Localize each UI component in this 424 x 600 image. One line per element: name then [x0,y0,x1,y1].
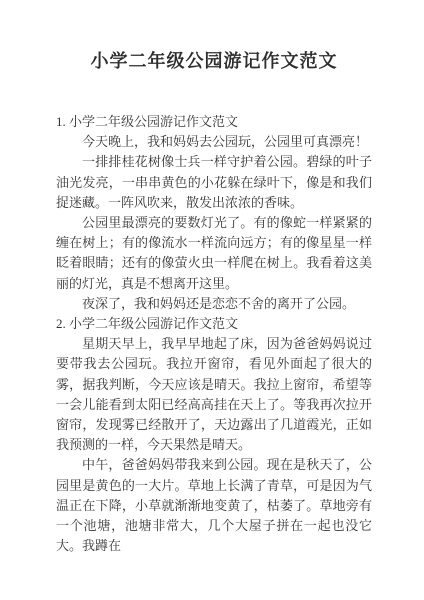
document-content: 1. 小学二年级公园游记作文范文 今天晚上，我和妈妈去公园玩，公园里可真漂亮！ … [56,112,372,556]
section-2-paragraph-1: 星期天早上，我早早地起了床，因为爸爸妈妈说过要带我去公园玩。我拉开窗帘，看见外面… [56,334,372,455]
section-2-heading: 2. 小学二年级公园游记作文范文 [56,314,372,334]
section-1-paragraph-2: 一排排桂花树像士兵一样守护着公园。碧绿的叶子油光发亮，一串串黄色的小花躲在绿叶下… [56,152,372,213]
section-1-paragraph-3: 公园里最漂亮的要数灯光了。有的像蛇一样紧紧的缠在树上；有的像流水一样流向远方；有… [56,213,372,294]
document-title: 小学二年级公园游记作文范文 [56,48,372,74]
section-1-paragraph-1: 今天晚上，我和妈妈去公园玩，公园里可真漂亮！ [56,132,372,152]
section-1-paragraph-4: 夜深了，我和妈妈还是恋恋不舍的离开了公园。 [56,294,372,314]
section-2-paragraph-2: 中午，爸爸妈妈带我来到公园。现在是秋天了，公园里是黄色的一大片。草地上长满了青草… [56,455,372,556]
section-1-heading: 1. 小学二年级公园游记作文范文 [56,112,372,132]
section-1: 1. 小学二年级公园游记作文范文 今天晚上，我和妈妈去公园玩，公园里可真漂亮！ … [56,112,372,314]
document-page: 小学二年级公园游记作文范文 1. 小学二年级公园游记作文范文 今天晚上，我和妈妈… [0,0,424,600]
section-2: 2. 小学二年级公园游记作文范文 星期天早上，我早早地起了床，因为爸爸妈妈说过要… [56,314,372,556]
